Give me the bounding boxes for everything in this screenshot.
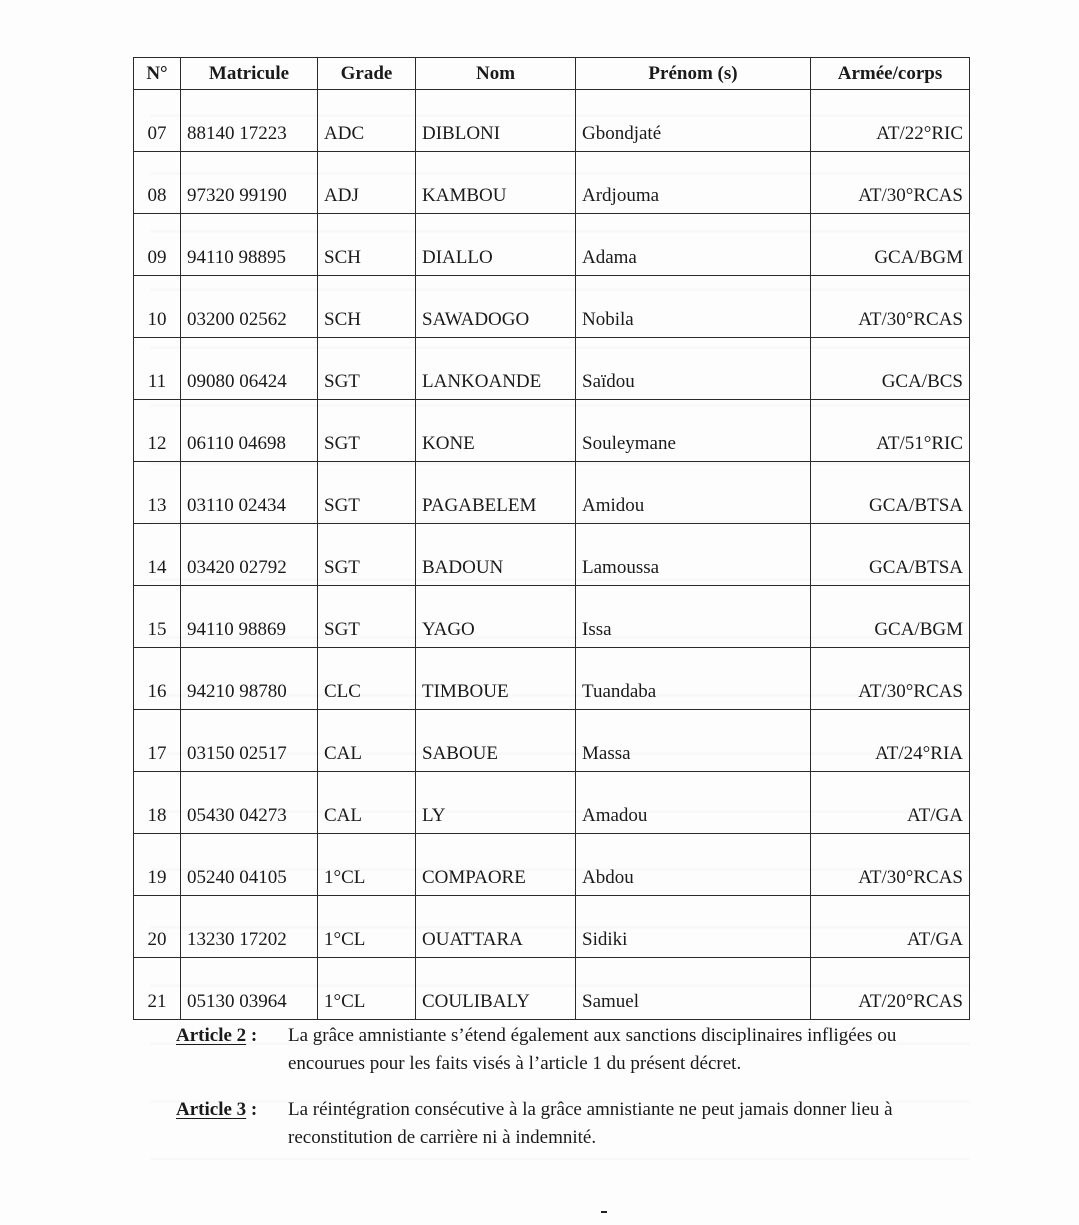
cell-nom: KONE [416,400,576,462]
cell-armee: AT/51°RIC [811,400,970,462]
table-row: 1206110 04698SGTKONESouleymaneAT/51°RIC [134,400,970,462]
header-armee: Armée/corps [811,58,970,90]
article-2-heading: Article 2 : [176,1022,288,1078]
cell-matricule: 06110 04698 [181,400,318,462]
cell-armee: AT/30°RCAS [811,648,970,710]
table-row: 1694210 98780CLCTIMBOUETuandabaAT/30°RCA… [134,648,970,710]
cell-armee: AT/30°RCAS [811,152,970,214]
cell-no: 10 [134,276,181,338]
cell-armee: GCA/BTSA [811,462,970,524]
cell-grade: CAL [318,772,416,834]
cell-grade: SGT [318,338,416,400]
article-3-colon: : [246,1099,257,1120]
cell-grade: ADC [318,90,416,152]
cell-prenom: Lamoussa [576,524,811,586]
cell-armee: AT/24°RIA [811,710,970,772]
cell-prenom: Saïdou [576,338,811,400]
cell-prenom: Issa [576,586,811,648]
cell-armee: AT/22°RIC [811,90,970,152]
cell-no: 19 [134,834,181,896]
cell-armee: GCA/BGM [811,214,970,276]
cell-no: 13 [134,462,181,524]
cell-no: 14 [134,524,181,586]
cell-armee: AT/30°RCAS [811,276,970,338]
cell-nom: LANKOANDE [416,338,576,400]
table-row: 0994110 98895SCHDIALLOAdamaGCA/BGM [134,214,970,276]
article-3: Article 3 : La réintégration consécutive… [176,1096,916,1152]
cell-grade: SCH [318,214,416,276]
cell-matricule: 94110 98895 [181,214,318,276]
cell-no: 16 [134,648,181,710]
cell-prenom: Adama [576,214,811,276]
cell-prenom: Amidou [576,462,811,524]
cell-matricule: 09080 06424 [181,338,318,400]
scan-stray-mark [601,1211,607,1213]
cell-nom: LY [416,772,576,834]
cell-nom: BADOUN [416,524,576,586]
amnesty-roster-table: N° Matricule Grade Nom Prénom (s) Armée/… [133,57,970,1020]
header-prenom: Prénom (s) [576,58,811,90]
table-row: 2013230 172021°CLOUATTARASidikiAT/GA [134,896,970,958]
header-nom: Nom [416,58,576,90]
cell-armee: AT/20°RCAS [811,958,970,1020]
article-3-label: Article 3 [176,1099,246,1120]
cell-no: 15 [134,586,181,648]
table-row: 1403420 02792SGTBADOUNLamoussaGCA/BTSA [134,524,970,586]
cell-matricule: 05430 04273 [181,772,318,834]
cell-no: 07 [134,90,181,152]
cell-nom: PAGABELEM [416,462,576,524]
cell-prenom: Tuandaba [576,648,811,710]
cell-prenom: Sidiki [576,896,811,958]
cell-nom: COMPAORE [416,834,576,896]
cell-nom: OUATTARA [416,896,576,958]
cell-prenom: Ardjouma [576,152,811,214]
cell-grade: SGT [318,524,416,586]
cell-grade: SGT [318,462,416,524]
cell-grade: CAL [318,710,416,772]
cell-no: 17 [134,710,181,772]
cell-prenom: Samuel [576,958,811,1020]
cell-nom: DIBLONI [416,90,576,152]
cell-armee: AT/GA [811,772,970,834]
cell-grade: SCH [318,276,416,338]
table-row: 1594110 98869SGTYAGOIssaGCA/BGM [134,586,970,648]
cell-matricule: 03200 02562 [181,276,318,338]
table-row: 1003200 02562SCHSAWADOGONobilaAT/30°RCAS [134,276,970,338]
cell-no: 08 [134,152,181,214]
cell-armee: AT/30°RCAS [811,834,970,896]
table-body: 0788140 17223ADCDIBLONIGbondjatéAT/22°RI… [134,90,970,1020]
cell-armee: GCA/BCS [811,338,970,400]
cell-armee: GCA/BTSA [811,524,970,586]
articles-section: Article 2 : La grâce amnistiante s’étend… [176,1022,916,1170]
article-3-heading: Article 3 : [176,1096,288,1152]
cell-nom: COULIBALY [416,958,576,1020]
cell-prenom: Gbondjaté [576,90,811,152]
cell-grade: CLC [318,648,416,710]
cell-matricule: 05240 04105 [181,834,318,896]
cell-nom: KAMBOU [416,152,576,214]
table-row: 1109080 06424SGTLANKOANDESaïdouGCA/BCS [134,338,970,400]
table-row: 0788140 17223ADCDIBLONIGbondjatéAT/22°RI… [134,90,970,152]
table-header-row: N° Matricule Grade Nom Prénom (s) Armée/… [134,58,970,90]
document-page: N° Matricule Grade Nom Prénom (s) Armée/… [0,0,1079,1225]
cell-no: 09 [134,214,181,276]
cell-nom: YAGO [416,586,576,648]
cell-no: 20 [134,896,181,958]
cell-grade: ADJ [318,152,416,214]
cell-matricule: 03110 02434 [181,462,318,524]
cell-prenom: Nobila [576,276,811,338]
cell-matricule: 05130 03964 [181,958,318,1020]
cell-armee: GCA/BGM [811,586,970,648]
cell-grade: SGT [318,400,416,462]
cell-matricule: 94110 98869 [181,586,318,648]
header-grade: Grade [318,58,416,90]
cell-prenom: Massa [576,710,811,772]
cell-matricule: 03150 02517 [181,710,318,772]
article-2-text: La grâce amnistiante s’étend également a… [288,1022,916,1078]
cell-no: 11 [134,338,181,400]
cell-prenom: Abdou [576,834,811,896]
table-row: 1805430 04273CALLYAmadouAT/GA [134,772,970,834]
cell-prenom: Souleymane [576,400,811,462]
cell-matricule: 13230 17202 [181,896,318,958]
cell-matricule: 88140 17223 [181,90,318,152]
cell-matricule: 03420 02792 [181,524,318,586]
article-2-label: Article 2 [176,1025,246,1046]
cell-grade: SGT [318,586,416,648]
header-no: N° [134,58,181,90]
cell-matricule: 94210 98780 [181,648,318,710]
cell-no: 21 [134,958,181,1020]
table-row: 0897320 99190ADJKAMBOUArdjoumaAT/30°RCAS [134,152,970,214]
cell-prenom: Amadou [576,772,811,834]
cell-nom: SABOUE [416,710,576,772]
cell-nom: SAWADOGO [416,276,576,338]
cell-matricule: 97320 99190 [181,152,318,214]
cell-grade: 1°CL [318,896,416,958]
cell-no: 18 [134,772,181,834]
cell-armee: AT/GA [811,896,970,958]
cell-nom: TIMBOUE [416,648,576,710]
table-row: 1303110 02434SGTPAGABELEMAmidouGCA/BTSA [134,462,970,524]
cell-nom: DIALLO [416,214,576,276]
article-3-text: La réintégration consécutive à la grâce … [288,1096,916,1152]
table-row: 1905240 041051°CLCOMPAOREAbdouAT/30°RCAS [134,834,970,896]
header-matricule: Matricule [181,58,318,90]
table-row: 1703150 02517CALSABOUEMassaAT/24°RIA [134,710,970,772]
table-row: 2105130 039641°CLCOULIBALYSamuelAT/20°RC… [134,958,970,1020]
article-2-colon: : [246,1025,257,1046]
cell-grade: 1°CL [318,958,416,1020]
cell-grade: 1°CL [318,834,416,896]
cell-no: 12 [134,400,181,462]
article-2: Article 2 : La grâce amnistiante s’étend… [176,1022,916,1078]
